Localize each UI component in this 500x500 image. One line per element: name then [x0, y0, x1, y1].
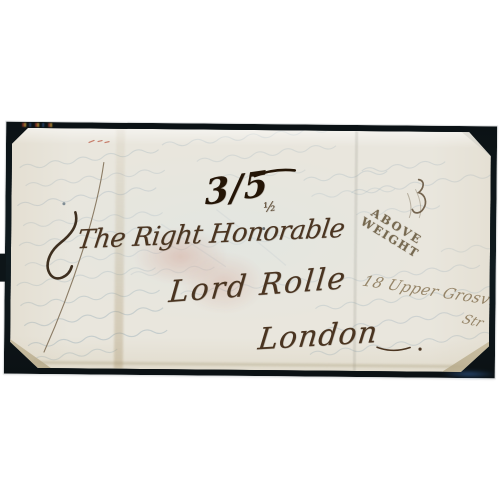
london-flourish	[377, 347, 410, 350]
stamp-smear-1	[407, 194, 411, 218]
address-line-3: London	[256, 315, 380, 358]
film-specks	[22, 123, 52, 127]
manuscript-squiggle-right	[412, 180, 425, 213]
frame-notch	[0, 254, 6, 282]
rate-fraction: ½	[262, 199, 276, 216]
long-pen-stroke	[44, 162, 104, 353]
photo-stage: 3/5 ½ ABOVE WEIGHT The Right Honorable L…	[0, 0, 500, 500]
red-specks	[89, 140, 109, 142]
cover-paper: 3/5 ½ ABOVE WEIGHT The Right Honorable L…	[10, 128, 491, 373]
london-period	[418, 348, 421, 351]
postal-cover-photo: 3/5 ½ ABOVE WEIGHT The Right Honorable L…	[4, 122, 497, 379]
manuscript-squiggle-left	[47, 212, 76, 278]
